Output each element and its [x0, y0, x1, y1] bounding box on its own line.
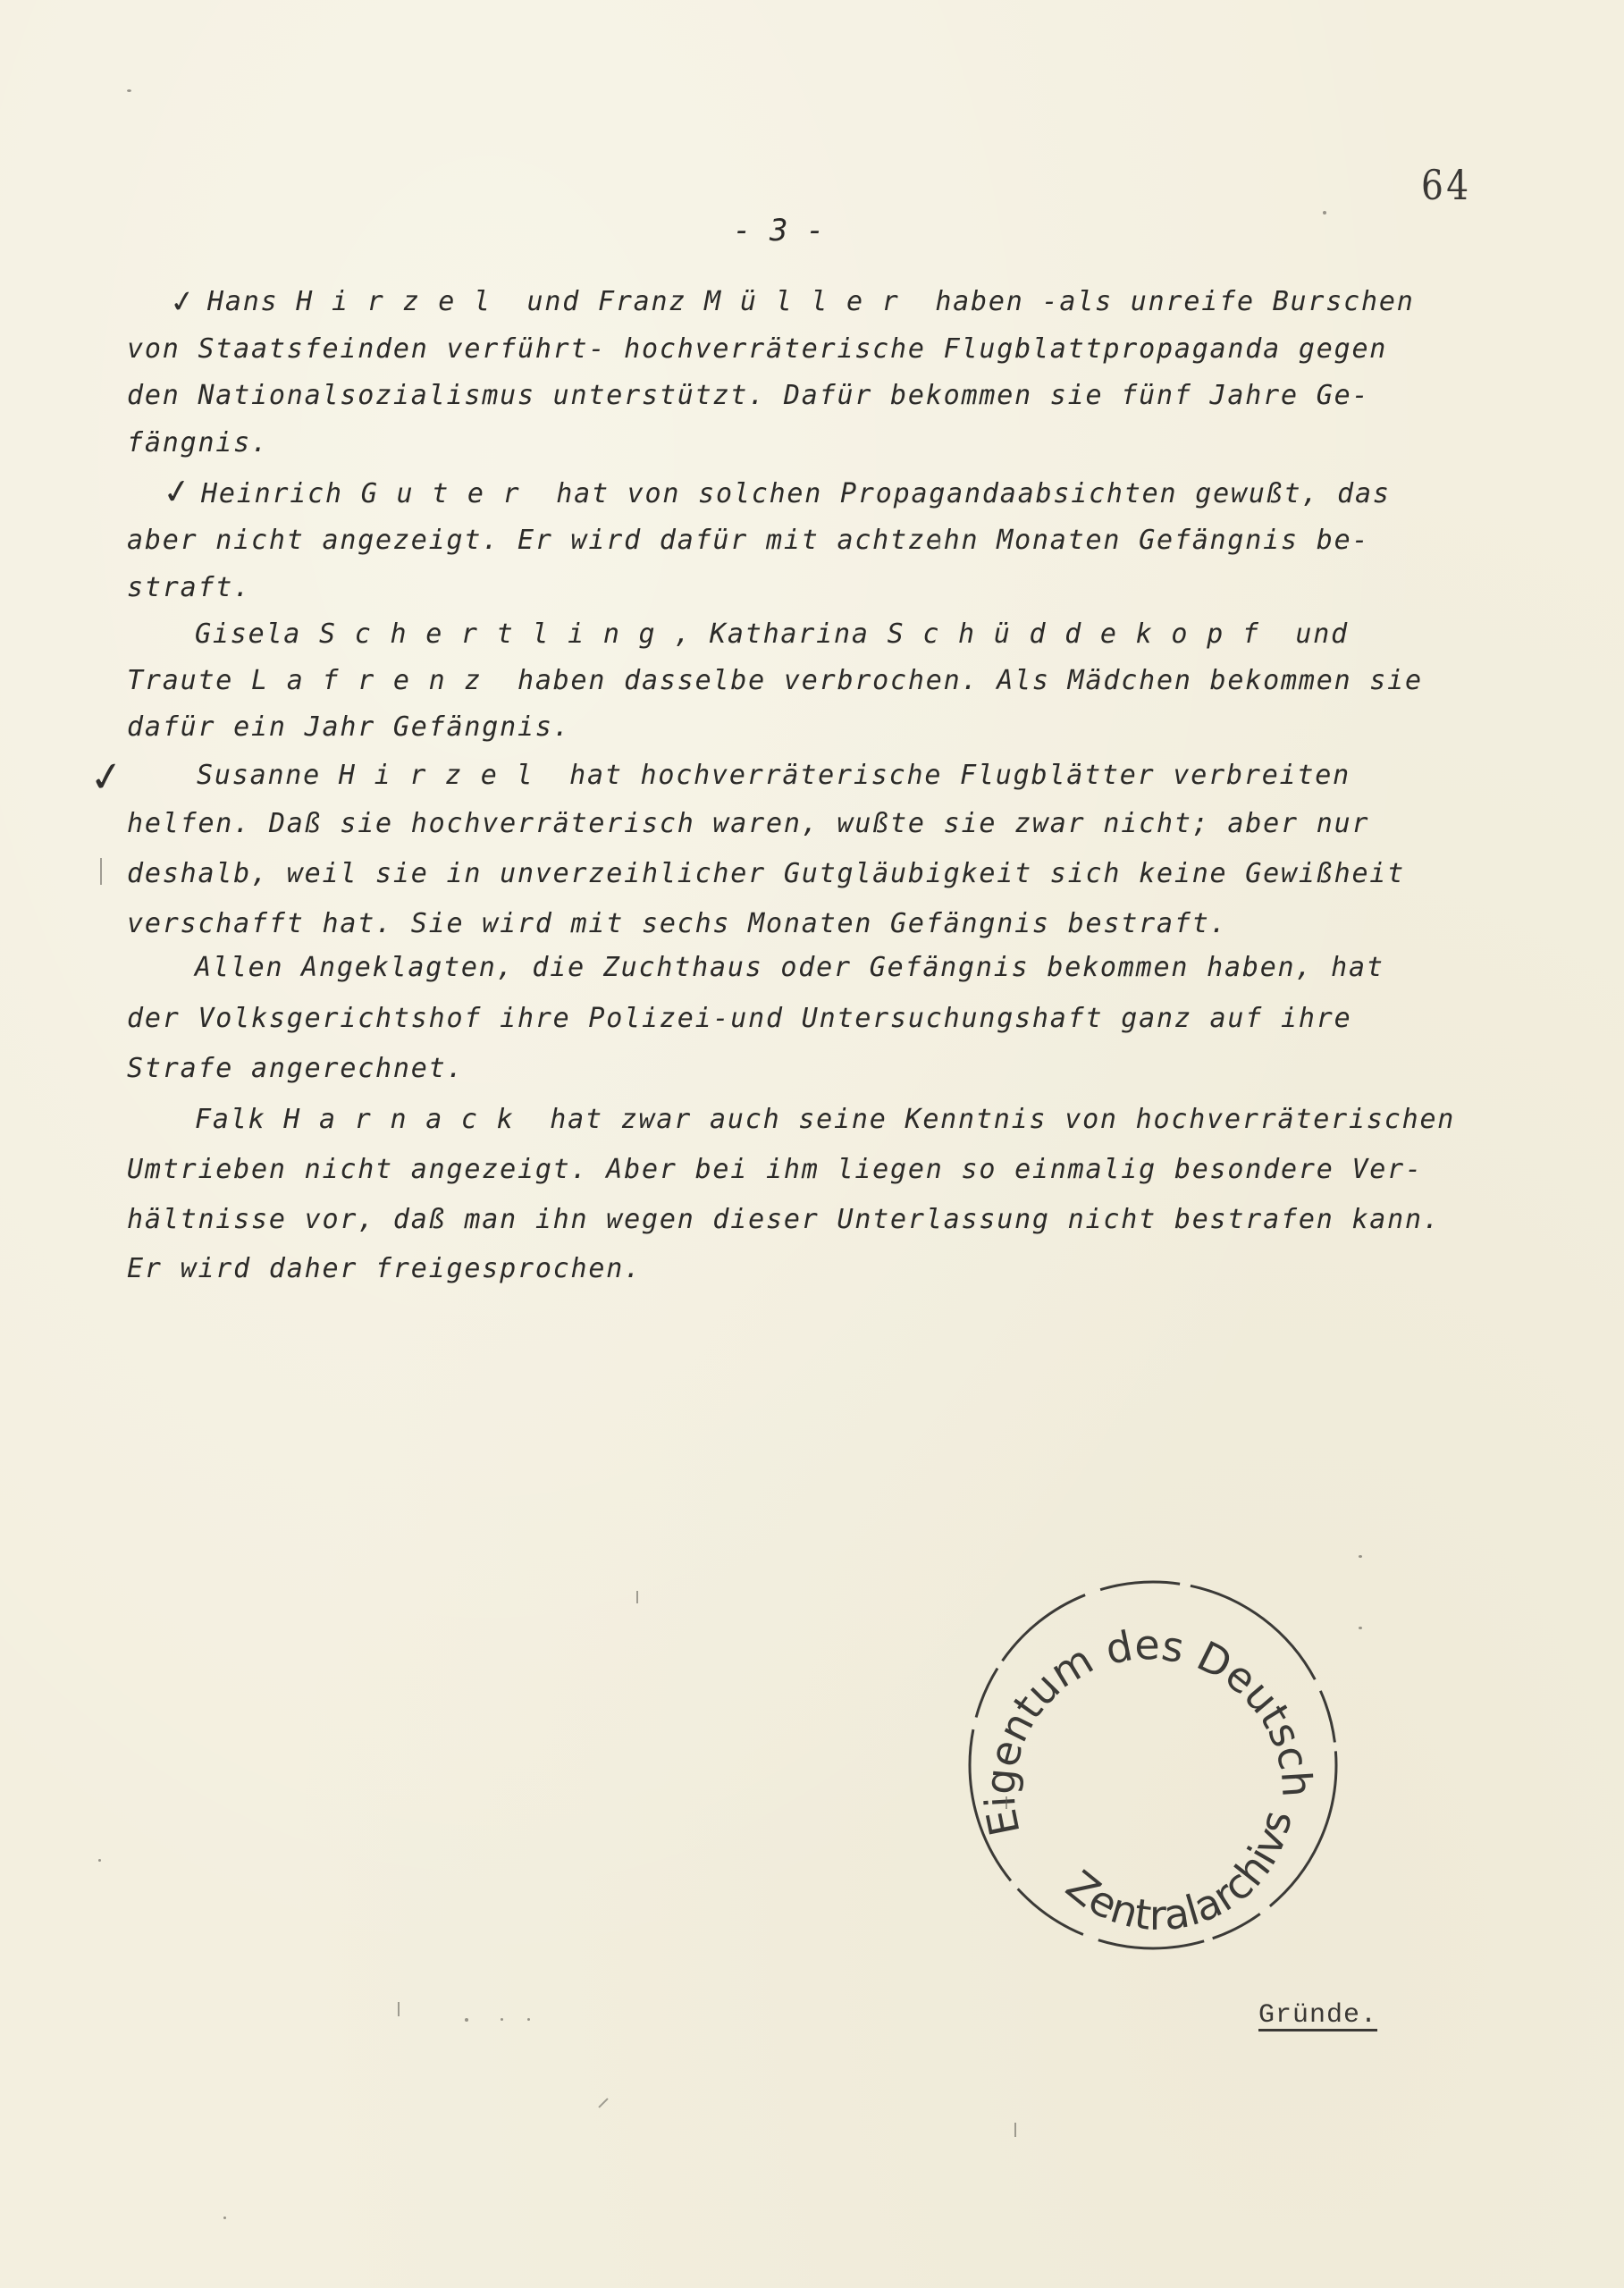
text-line: straft.: [127, 572, 251, 603]
scan-mark: [1006, 1796, 1007, 1809]
scan-speck: [527, 2018, 530, 2021]
text-line: Traute L a f r e n z haben dasselbe verb…: [127, 665, 1423, 696]
text-line: Allen Angeklagten, die Zuchthaus oder Ge…: [195, 952, 1384, 983]
scan-speck: [501, 2018, 503, 2021]
text-line: Strafe angerechnet.: [127, 1053, 464, 1084]
scan-mark: [1014, 2123, 1016, 2137]
checkmark-icon: ✓: [160, 470, 194, 513]
text-line: Heinrich G u t e r hat von solchen Propa…: [201, 478, 1391, 509]
section-heading: Gründe.: [1258, 2000, 1377, 2031]
text-line: Hans H i r z e l und Franz M ü l l e r h…: [207, 286, 1415, 317]
text-line: aber nicht angezeigt. Er wird dafür mit …: [127, 525, 1369, 556]
text-line: Susanne H i r z e l hat hochverräterisch…: [197, 760, 1351, 791]
text-line: Gisela S c h e r t l i n g , Katharina S…: [195, 618, 1349, 650]
folio-number: 64: [1421, 161, 1472, 209]
text-line: dafür ein Jahr Gefängnis.: [127, 711, 571, 743]
document-page: 64 - 3 - ✓ Hans H i r z e l und Franz M …: [0, 0, 1624, 2288]
scan-speck: [223, 2216, 226, 2219]
scan-speck: [1359, 1555, 1362, 1558]
scan-mark: [938, 536, 940, 549]
text-line: Falk H a r n a c k hat zwar auch seine K…: [195, 1104, 1455, 1135]
text-line: helfen. Daß sie hochverräterisch waren, …: [127, 808, 1369, 839]
scan-mark: [636, 1591, 638, 1603]
stamp-ring-icon: Eigentum des Deutschen Zentralarchivs: [961, 1573, 1345, 1957]
scan-mark: [100, 858, 102, 885]
text-line: fängnis.: [127, 427, 269, 458]
archive-stamp: Eigentum des Deutschen Zentralarchivs: [961, 1573, 1345, 1957]
text-line: verschafft hat. Sie wird mit sechs Monat…: [127, 908, 1227, 939]
scan-mark: [398, 2002, 400, 2016]
checkmark-icon: ✓: [86, 751, 127, 803]
stamp-bottom-text: Zentralarchivs: [1057, 1806, 1301, 1939]
text-line: der Volksgerichtshof ihre Polizei-und Un…: [127, 1003, 1351, 1034]
text-line: Er wird daher freigesprochen.: [127, 1253, 642, 1284]
scan-mark: [598, 2098, 608, 2107]
scan-speck: [98, 1859, 101, 1862]
text-line: Umtrieben nicht angezeigt. Aber bei ihm …: [127, 1154, 1423, 1185]
stamp-top-text: Eigentum des Deutschen: [961, 1573, 1322, 1840]
text-line: von Staatsfeinden verführt- hochverräter…: [127, 333, 1387, 365]
scan-speck: [1359, 1627, 1362, 1629]
text-line: den Nationalsozialismus unterstützt. Daf…: [127, 380, 1369, 411]
text-line: hältnisse vor, daß man ihn wegen dieser …: [127, 1204, 1441, 1235]
page-number: - 3 -: [733, 213, 824, 248]
scan-speck: [465, 2018, 468, 2022]
text-line: deshalb, weil sie in unverzeihlicher Gut…: [127, 858, 1405, 889]
checkmark-icon: ✓: [167, 282, 198, 322]
scan-speck: [1323, 211, 1326, 214]
scan-speck: [127, 89, 131, 92]
